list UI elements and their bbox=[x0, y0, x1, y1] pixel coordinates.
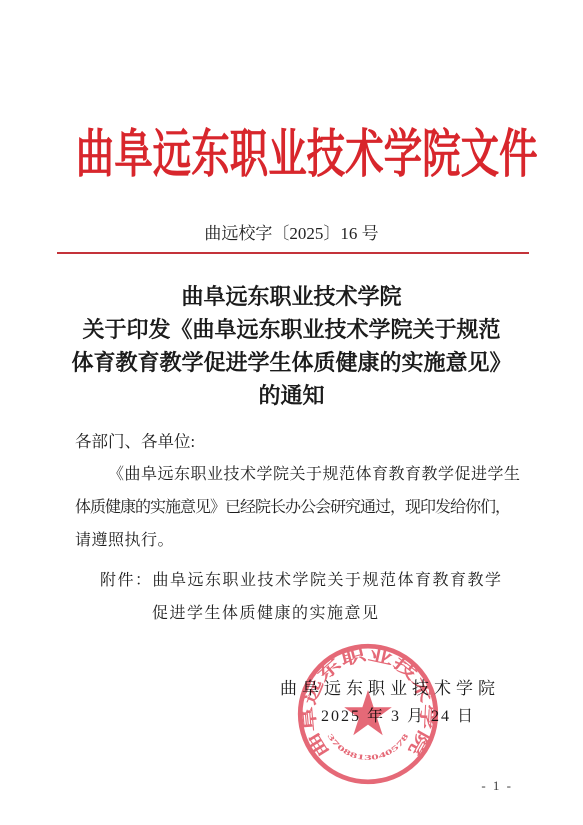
svg-text:3708813040578: 3708813040578 bbox=[326, 731, 411, 762]
attachment-text: 曲阜远东职业技术学院关于规范体育教育教学促进学生体质健康的实施意见 bbox=[152, 572, 503, 622]
notice-title-line-3: 体育教育教学促进学生体质健康的实施意见》 bbox=[0, 346, 583, 379]
document-body: 各部门、各单位: 《曲阜远东职业技术学院关于规范体育教育教学促进学生 体质健康的… bbox=[75, 425, 510, 729]
seal-serial-number: 3708813040578 bbox=[326, 731, 411, 762]
body-line-2: 体质健康的实施意见》已经院长办公会研究通过，现印发给你们， bbox=[75, 491, 510, 524]
body-line-1: 《曲阜远东职业技术学院关于规范体育教育教学促进学生 bbox=[75, 458, 510, 491]
document-page: 曲阜远东职业技术学院文件 曲远校字〔2025〕16 号 曲阜远东职业技术学院 关… bbox=[0, 0, 583, 825]
attachment-label: 附件： bbox=[100, 572, 153, 589]
page-number: - 1 - bbox=[481, 778, 513, 794]
doc-number: 曲远校字〔2025〕16 号 bbox=[0, 223, 583, 245]
attachment-note: 附件：曲阜远东职业技术学院关于规范体育教育教学促进学生体质健康的实施意见 bbox=[100, 564, 510, 630]
notice-title-line-2: 关于印发《曲阜远东职业技术学院关于规范 bbox=[0, 313, 583, 346]
body-line-3: 请遵照执行。 bbox=[75, 524, 510, 557]
notice-title-line-4: 的通知 bbox=[0, 379, 583, 412]
red-divider bbox=[57, 252, 529, 254]
notice-title-line-1: 曲阜远东职业技术学院 bbox=[0, 280, 583, 313]
masthead-title: 曲阜远东职业技术学院文件 bbox=[76, 127, 507, 185]
signature-name: 曲阜远东职业技术学院 bbox=[75, 677, 500, 701]
salutation: 各部门、各单位: bbox=[75, 425, 510, 458]
signature-date: 2025 年 3 月 24 日 bbox=[75, 705, 475, 729]
notice-title: 曲阜远东职业技术学院 关于印发《曲阜远东职业技术学院关于规范 体育教育教学促进学… bbox=[0, 280, 583, 412]
